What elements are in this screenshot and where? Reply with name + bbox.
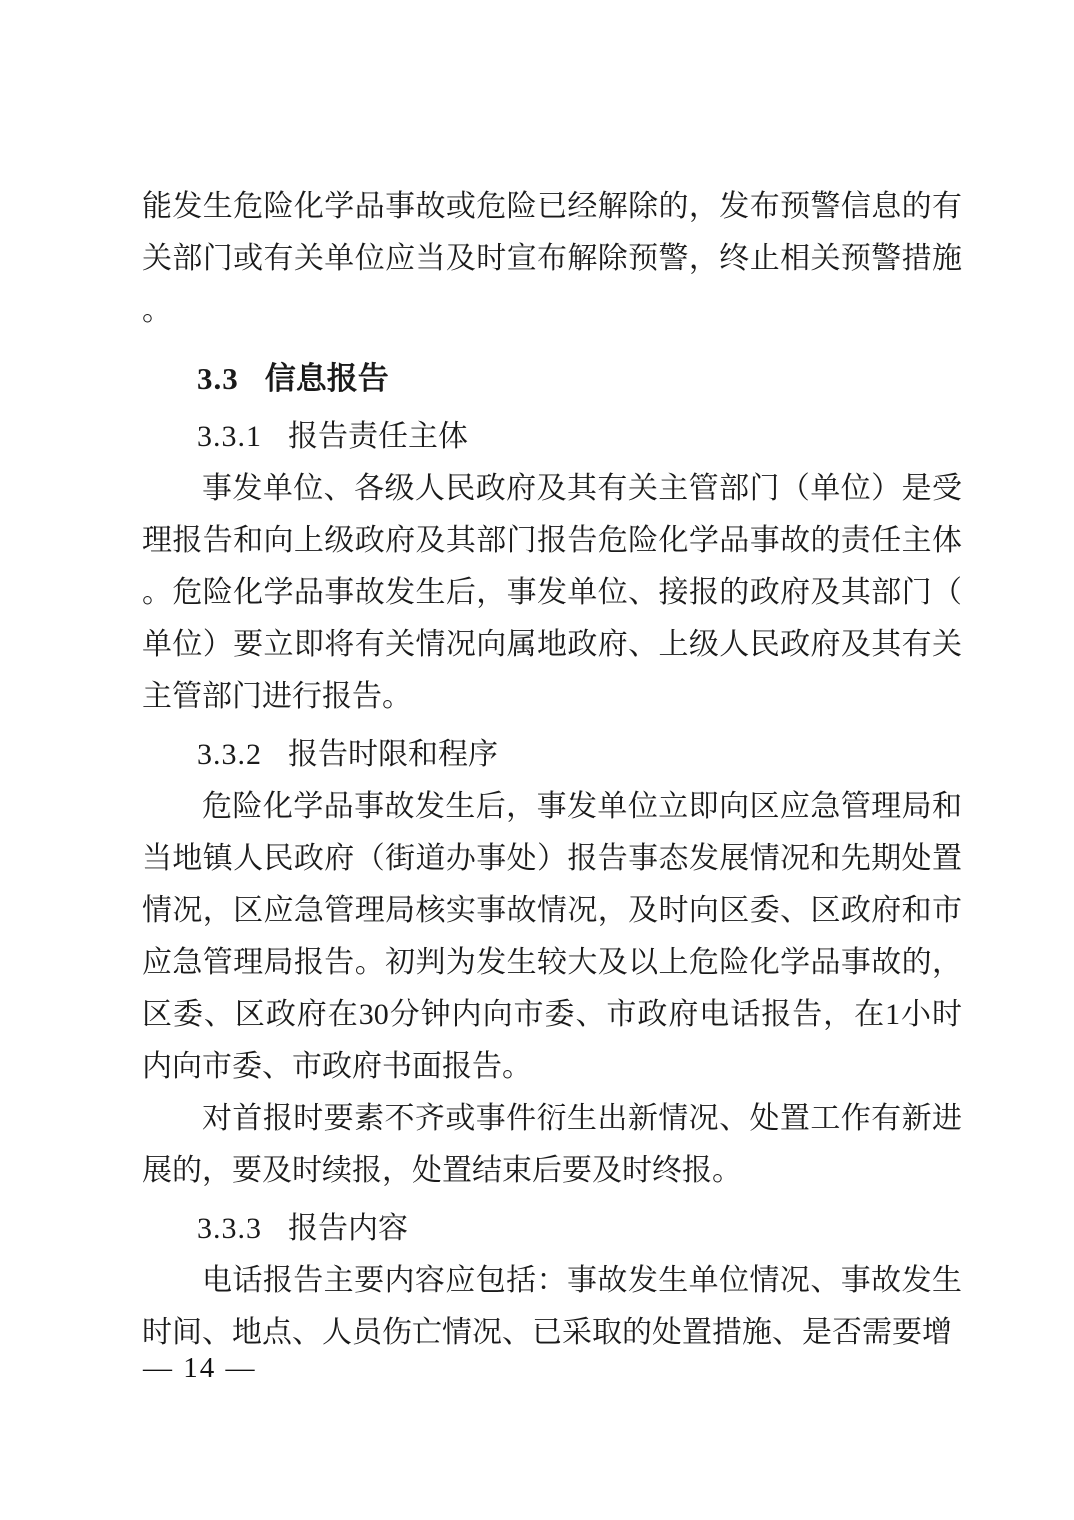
section-heading-3-3-1: 3.3.1报告责任主体 xyxy=(142,411,962,463)
section-number: 3.3 xyxy=(197,361,239,396)
section-title: 报告内容 xyxy=(288,1212,408,1245)
paragraph-report-content: 电话报告主要内容应包括：事故发生单位情况、事故发生时间、地点、人员伤亡情况、已采… xyxy=(142,1255,962,1359)
paragraph-report-responsibility: 事发单位、各级人民政府及其有关主管部门（单位）是受理报告和向上级政府及其部门报告… xyxy=(142,463,962,723)
section-title: 报告时限和程序 xyxy=(288,738,498,771)
page-body: 能发生危险化学品事故或危险已经解除的，发布预警信息的有关部门或有关单位应当及时宣… xyxy=(142,181,962,1359)
section-number: 3.3.3 xyxy=(197,1212,262,1245)
paragraph-follow-up-report: 对首报时要素不齐或事件衍生出新情况、处置工作有新进展的，要及时续报，处置结束后要… xyxy=(142,1093,962,1197)
section-heading-3-3-3: 3.3.3报告内容 xyxy=(142,1203,962,1255)
section-heading-3-3: 3.3信息报告 xyxy=(142,353,962,405)
paragraph-warning-release: 能发生危险化学品事故或危险已经解除的，发布预警信息的有关部门或有关单位应当及时宣… xyxy=(142,181,962,337)
section-number: 3.3.2 xyxy=(197,738,262,771)
section-number: 3.3.1 xyxy=(197,420,262,453)
paragraph-report-time-limit-procedure: 危险化学品事故发生后，事发单位立即向区应急管理局和当地镇人民政府（街道办事处）报… xyxy=(142,781,962,1093)
document-page: 能发生危险化学品事故或危险已经解除的，发布预警信息的有关部门或有关单位应当及时宣… xyxy=(0,0,1074,1520)
section-heading-3-3-2: 3.3.2报告时限和程序 xyxy=(142,729,962,781)
section-title: 报告责任主体 xyxy=(288,420,468,453)
page-number: — 14 — xyxy=(143,1346,257,1390)
section-title: 信息报告 xyxy=(265,361,389,396)
